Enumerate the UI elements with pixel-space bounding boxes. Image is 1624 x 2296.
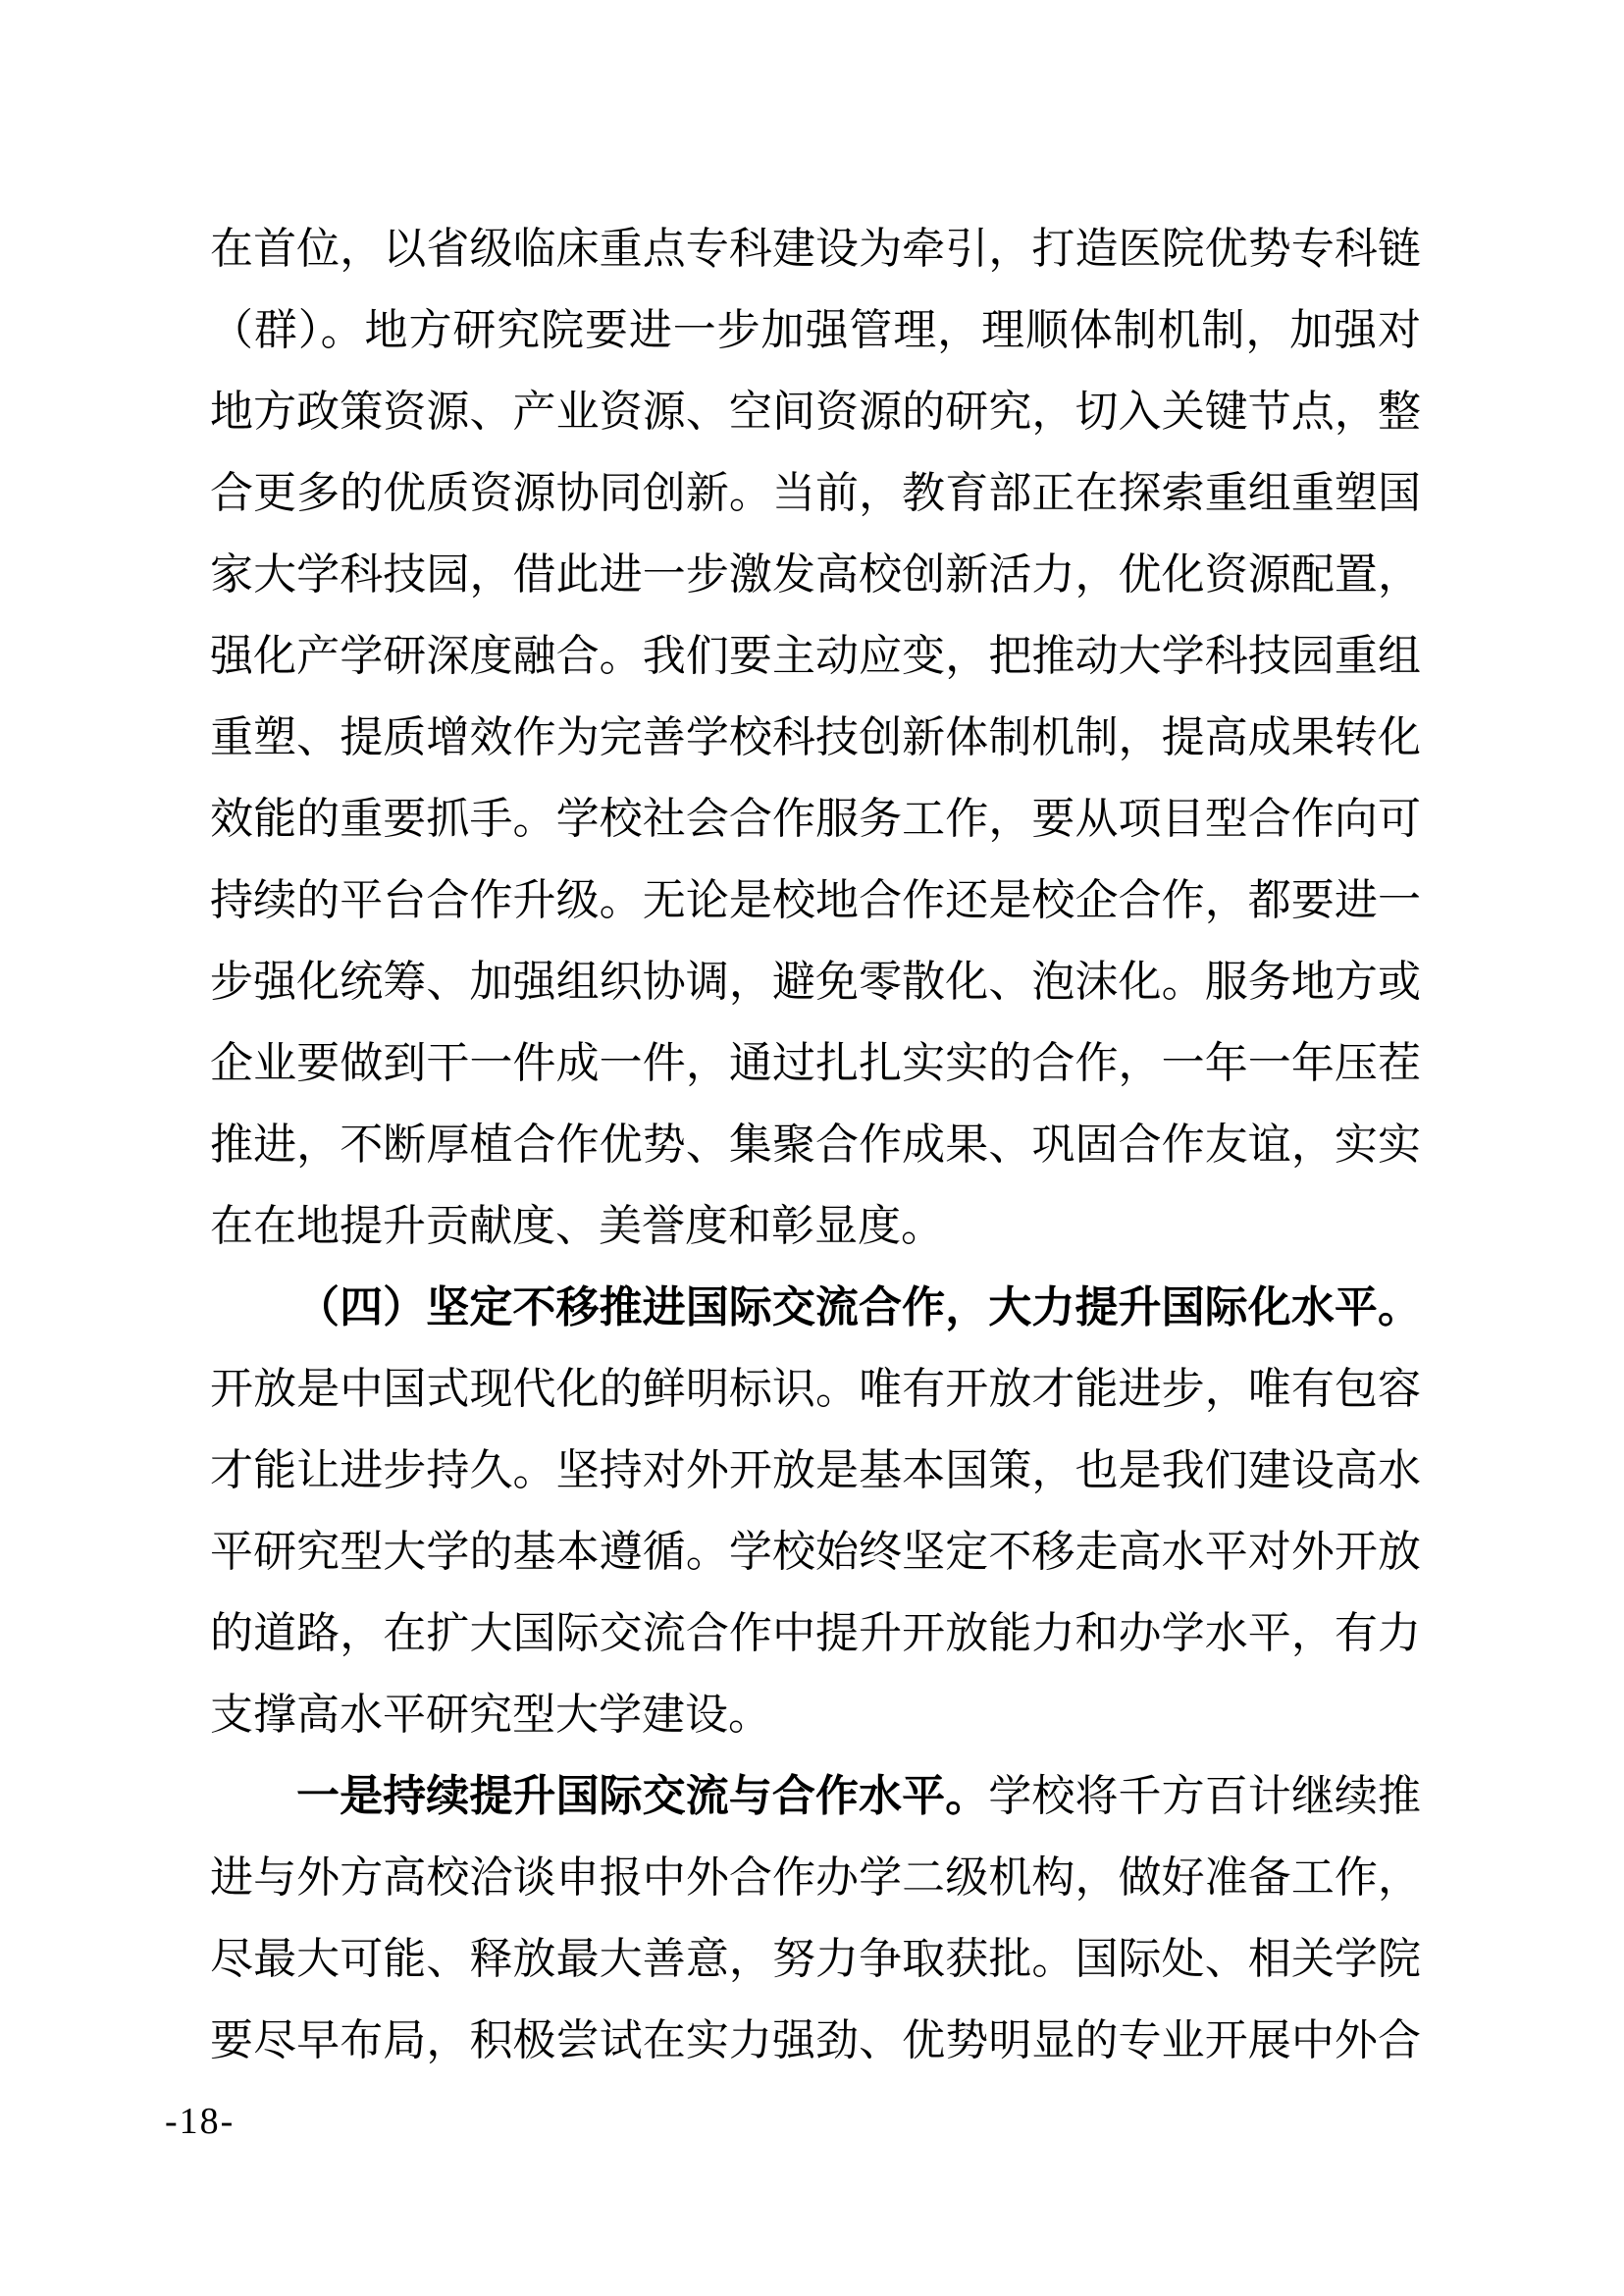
- text-line: （群）。地方研究院要进一步加强管理，理顺体制机制，加强对: [210, 289, 1421, 371]
- text-segment: 平研究型大学的基本遵循。学校始终坚定不移走高水平对外开放: [210, 1528, 1421, 1576]
- text-line: 合更多的优质资源协同创新。当前，教育部正在探索重组重塑国: [210, 452, 1421, 534]
- text-segment: 支撑高水平研究型大学建设。: [210, 1691, 771, 1739]
- text-segment: 地方政策资源、产业资源、空间资源的研究，切入关键节点，整: [210, 388, 1421, 436]
- text-line: 一是持续提升国际交流与合作水平。学校将千方百计继续推: [210, 1755, 1421, 1837]
- text-line: 要尽早布局，积极尝试在实力强劲、优势明显的专业开展中外合: [210, 2000, 1421, 2081]
- text-segment: 家大学科技园，借此进一步激发高校创新活力，优化资源配置，: [210, 550, 1421, 599]
- text-segment: 步强化统筹、加强组织协调，避免零散化、泡沫化。服务地方或: [210, 958, 1421, 1006]
- text-line: 平研究型大学的基本遵循。学校始终坚定不移走高水平对外开放: [210, 1511, 1421, 1592]
- bold-text-segment: （四）坚定不移推进国际交流合作，大力提升国际化水平。: [296, 1283, 1421, 1331]
- paragraph-point-1-international-exchange: 一是持续提升国际交流与合作水平。学校将千方百计继续推进与外方高校洽谈申报中外合作…: [210, 1755, 1421, 2081]
- text-line: 才能让进步持久。坚持对外开放是基本国策，也是我们建设高水: [210, 1430, 1421, 1511]
- bold-text-segment: 一是持续提升国际交流与合作水平。: [296, 1772, 988, 1820]
- text-line: 强化产学研深度融合。我们要主动应变，把推动大学科技园重组: [210, 615, 1421, 697]
- text-segment: 在首位，以省级临床重点专科建设为牵引，打造医院优势专科链: [210, 225, 1421, 273]
- text-line: 企业要做到干一件成一件，通过扎扎实实的合作，一年一年压茬: [210, 1022, 1421, 1104]
- text-line: 支撑高水平研究型大学建设。: [210, 1674, 1421, 1755]
- text-segment: 开放是中国式现代化的鲜明标识。唯有开放才能进步，唯有包容: [210, 1365, 1421, 1413]
- text-line: 尽最大可能、释放最大善意，努力争取获批。国际处、相关学院: [210, 1918, 1421, 2000]
- text-line: 效能的重要抓手。学校社会合作服务工作，要从项目型合作向可: [210, 778, 1421, 860]
- text-line: 在在地提升贡献度、美誉度和彰显度。: [210, 1185, 1421, 1267]
- text-line: 持续的平台合作升级。无论是校地合作还是校企合作，都要进一: [210, 860, 1421, 941]
- paragraph-continuation-social-cooperation: 在首位，以省级临床重点专科建设为牵引，打造医院优势专科链（群）。地方研究院要进一…: [210, 208, 1421, 1267]
- text-segment: 合更多的优质资源协同创新。当前，教育部正在探索重组重塑国: [210, 469, 1421, 517]
- text-segment: 才能让进步持久。坚持对外开放是基本国策，也是我们建设高水: [210, 1446, 1421, 1494]
- text-line: 地方政策资源、产业资源、空间资源的研究，切入关键节点，整: [210, 371, 1421, 452]
- text-segment: 效能的重要抓手。学校社会合作服务工作，要从项目型合作向可: [210, 795, 1421, 843]
- text-line: 开放是中国式现代化的鲜明标识。唯有开放才能进步，唯有包容: [210, 1348, 1421, 1430]
- text-segment: 要尽早布局，积极尝试在实力强劲、优势明显的专业开展中外合: [210, 2016, 1421, 2064]
- text-segment: 重塑、提质增效作为完善学校科技创新体制机制，提高成果转化: [210, 713, 1421, 761]
- text-content: 在首位，以省级临床重点专科建设为牵引，打造医院优势专科链（群）。地方研究院要进一…: [210, 208, 1421, 2081]
- text-line: 家大学科技园，借此进一步激发高校创新活力，优化资源配置，: [210, 534, 1421, 615]
- text-line: 的道路，在扩大国际交流合作中提升开放能力和办学水平，有力: [210, 1592, 1421, 1674]
- text-line: 进与外方高校洽谈申报中外合作办学二级机构，做好准备工作，: [210, 1837, 1421, 1918]
- text-segment: 持续的平台合作升级。无论是校地合作还是校企合作，都要进一: [210, 876, 1421, 924]
- text-line: 重塑、提质增效作为完善学校科技创新体制机制，提高成果转化: [210, 697, 1421, 778]
- text-segment: 进与外方高校洽谈申报中外合作办学二级机构，做好准备工作，: [210, 1853, 1421, 1902]
- text-segment: 在在地提升贡献度、美誉度和彰显度。: [210, 1202, 944, 1250]
- text-segment: 的道路，在扩大国际交流合作中提升开放能力和办学水平，有力: [210, 1609, 1421, 1657]
- text-segment: 企业要做到干一件成一件，通过扎扎实实的合作，一年一年压茬: [210, 1039, 1421, 1087]
- text-segment: 学校将千方百计继续推: [988, 1772, 1421, 1820]
- text-segment: 推进，不断厚植合作优势、集聚合作成果、巩固合作友谊，实实: [210, 1121, 1421, 1169]
- text-segment: 强化产学研深度融合。我们要主动应变，把推动大学科技园重组: [210, 632, 1421, 680]
- text-line: 步强化统筹、加强组织协调，避免零散化、泡沫化。服务地方或: [210, 941, 1421, 1022]
- text-line: 在首位，以省级临床重点专科建设为牵引，打造医院优势专科链: [210, 208, 1421, 289]
- text-line: 推进，不断厚植合作优势、集聚合作成果、巩固合作友谊，实实: [210, 1104, 1421, 1185]
- document-page: 在首位，以省级临床重点专科建设为牵引，打造医院优势专科链（群）。地方研究院要进一…: [0, 0, 1624, 2296]
- page-number: -18-: [165, 2100, 235, 2143]
- text-segment: （群）。地方研究院要进一步加强管理，理顺体制机制，加强对: [210, 306, 1421, 354]
- paragraph-section-4-international-cooperation: （四）坚定不移推进国际交流合作，大力提升国际化水平。开放是中国式现代化的鲜明标识…: [210, 1267, 1421, 1755]
- text-line: （四）坚定不移推进国际交流合作，大力提升国际化水平。: [210, 1267, 1421, 1348]
- text-segment: 尽最大可能、释放最大善意，努力争取获批。国际处、相关学院: [210, 1935, 1421, 1983]
